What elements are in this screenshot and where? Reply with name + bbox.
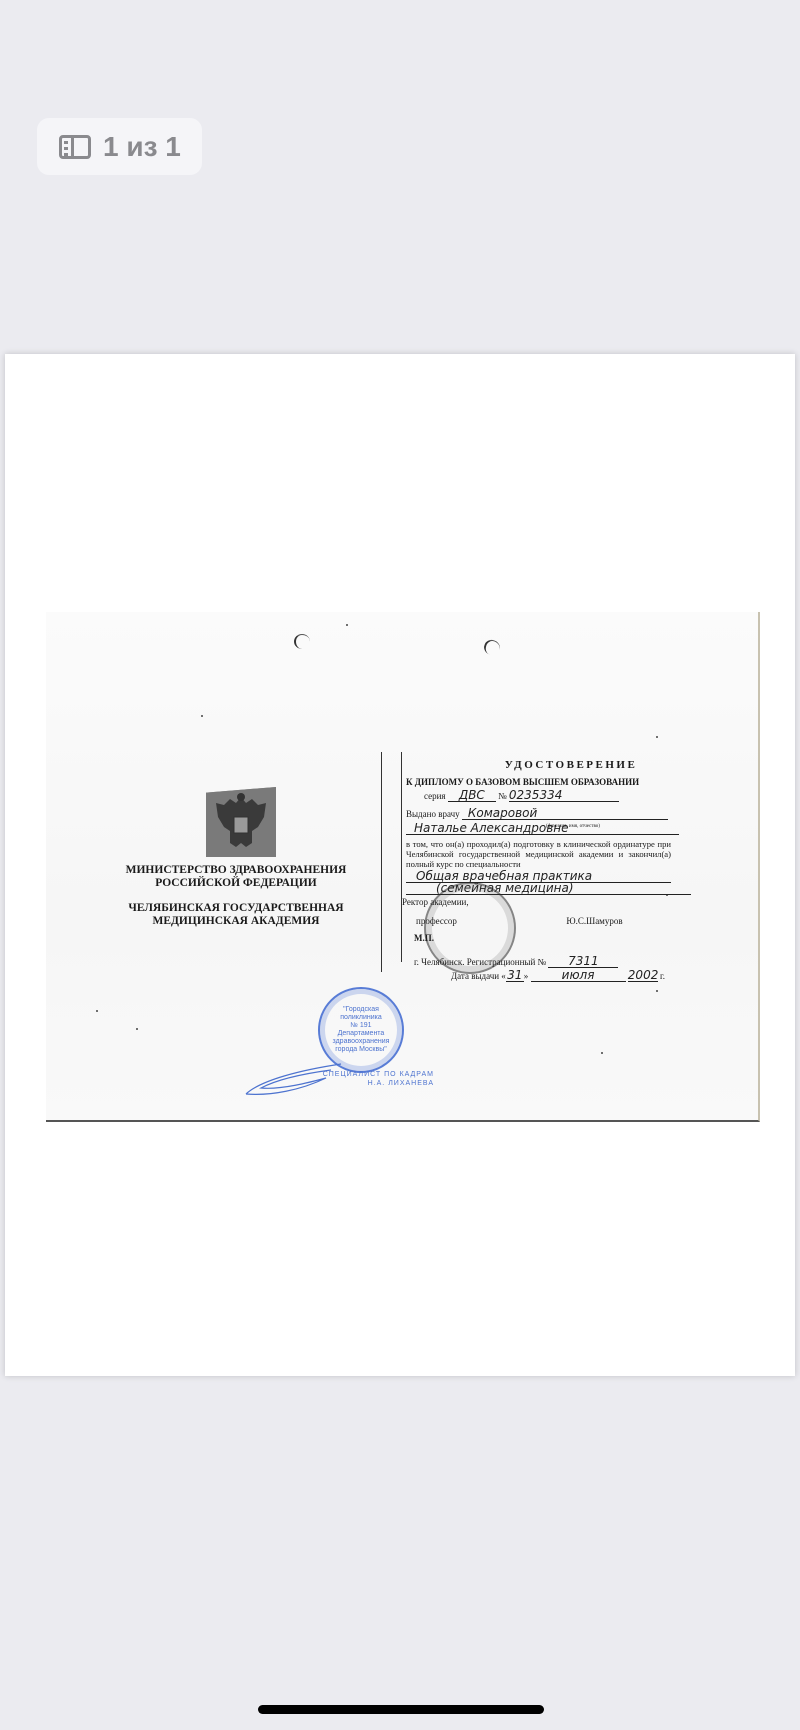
stamp-line: города Москвы" [320, 1046, 402, 1054]
issue-year: 2002 [628, 970, 658, 982]
surname-value: Комаровой [462, 808, 668, 820]
punch-hole-left [294, 634, 310, 649]
stamp-line: здравоохранения [320, 1038, 402, 1046]
fold-line [381, 752, 382, 972]
certificate-subtitle: К ДИПЛОМУ О БАЗОВОМ ВЫСШЕМ ОБРАЗОВАНИИ [406, 777, 736, 788]
scan-speck [136, 1028, 138, 1030]
given-names-value: Наталье Александровне [406, 823, 679, 835]
scan-speck [201, 715, 203, 717]
home-indicator[interactable] [258, 1705, 544, 1714]
academy-line-2: МЕДИЦИНСКАЯ АКАДЕМИЯ [86, 915, 386, 928]
number-label: № [498, 791, 507, 801]
stamp-line: Департамента [320, 1030, 402, 1038]
issue-month: июля [531, 970, 626, 982]
issued-label: Выдано врачу [406, 809, 460, 819]
number-value: 0235334 [509, 790, 619, 802]
names-row: (фамилия, имя, отчество) Наталье Алексан… [406, 823, 736, 835]
signature-scribble-icon [241, 1060, 351, 1100]
page-indicator[interactable]: 1 из 1 [37, 118, 202, 175]
registration-number: 7311 [548, 956, 618, 968]
issuer-block: МИНИСТЕРСТВО ЗДРАВООХРАНЕНИЯ РОССИЙСКОЙ … [86, 864, 386, 928]
sidebar-icon [59, 135, 91, 159]
stamp-line: поликлиника [320, 1014, 402, 1022]
fold-line [401, 752, 402, 962]
series-row: серия ДВС № 0235334 [406, 790, 736, 802]
issue-day: 31 [506, 970, 524, 982]
body-text: в том, что он(а) проходил(а) подготовку … [406, 839, 671, 869]
academy-seal [424, 882, 516, 974]
scan-speck [346, 624, 348, 626]
scanned-certificate: МИНИСТЕРСТВО ЗДРАВООХРАНЕНИЯ РОССИЙСКОЙ … [46, 612, 760, 1122]
page-count-label: 1 из 1 [103, 131, 181, 163]
issued-row: Выдано врачу Комаровой [406, 808, 736, 820]
rector-name: Ю.С.Шамуров [566, 916, 622, 926]
year-suffix: г. [660, 971, 665, 981]
punch-hole-right [482, 638, 502, 658]
certificate-title: УДОСТОВЕРЕНИЕ [406, 760, 736, 771]
russian-coat-of-arms-icon [206, 787, 276, 857]
academy-line-1: ЧЕЛЯБИНСКАЯ ГОСУДАРСТВЕННАЯ [86, 902, 386, 915]
scan-speck [656, 990, 658, 992]
stamp-line: "Городская [320, 1006, 402, 1014]
stamp-line: № 191 [320, 1022, 402, 1030]
scan-speck [601, 1052, 603, 1054]
document-page: МИНИСТЕРСТВО ЗДРАВООХРАНЕНИЯ РОССИЙСКОЙ … [5, 354, 795, 1376]
name-caption: (фамилия, имя, отчество) [546, 821, 600, 832]
scan-speck [656, 736, 658, 738]
scan-speck [96, 1010, 98, 1012]
series-label: серия [424, 791, 446, 801]
ministry-line-1: МИНИСТЕРСТВО ЗДРАВООХРАНЕНИЯ [86, 864, 386, 877]
series-value: ДВС [448, 790, 496, 802]
ministry-line-2: РОССИЙСКОЙ ФЕДЕРАЦИИ [86, 877, 386, 890]
